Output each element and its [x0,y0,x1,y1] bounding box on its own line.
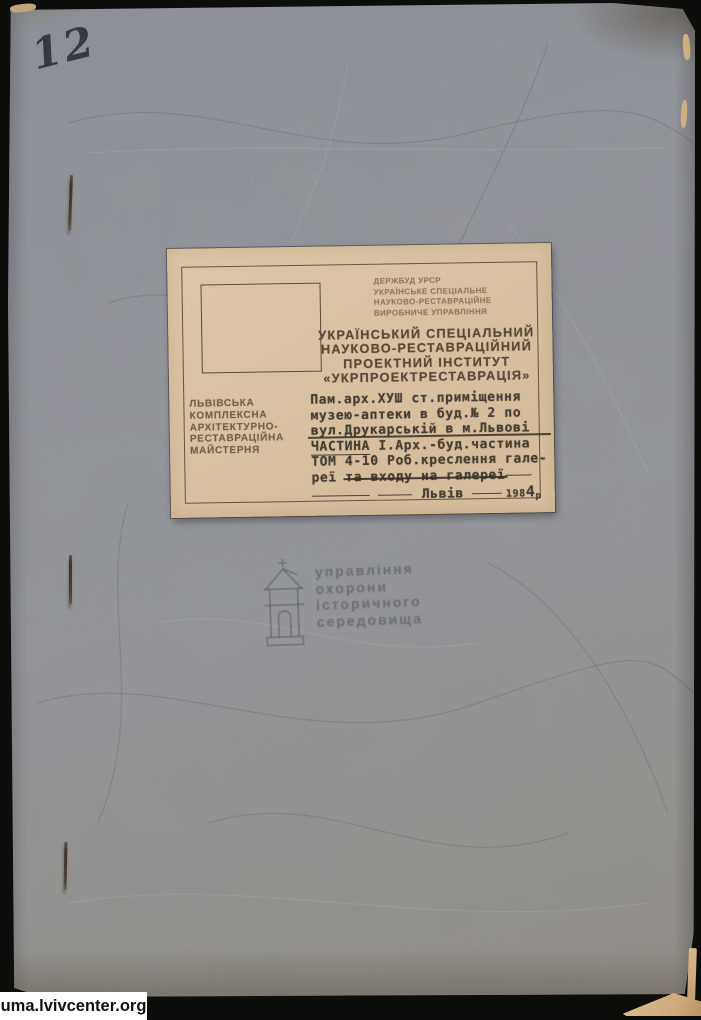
year-digit: 4 [526,482,536,500]
typed-words-struck: та входу на галереї [345,468,505,486]
label-blank-logo-box [200,283,321,374]
issuing-authority-block: ДЕРЖБУД УРСР УКРАЇНСЬКЕ СПЕЦІАЛЬНЕ НАУКО… [373,274,534,319]
typed-line-start: реї [311,470,345,486]
scanned-page: 12 ДЕРЖБУД УРСР УКРАЇНСЬКЕ СПЕЦІАЛЬНЕ НА… [0,0,701,1020]
year-prefix: 198 [506,488,526,499]
rule-line [472,491,502,493]
source-watermark-plate: uma.lvivcenter.org [0,992,147,1020]
typewritten-title-block: Пам.арх.ХУШ ст.приміщення музею-аптеки в… [310,389,550,508]
typed-line-city-year: Львів1984р [312,484,550,508]
underlying-page-edge [687,948,697,1000]
staple [69,555,72,605]
workshop-name-block: ЛЬВІВСЬКА КОМПЛЕКСНА АРХІТЕКТУРНО- РЕСТА… [189,397,320,458]
year-suffix: р [535,491,541,501]
institute-name-block: УКРАЇНСЬКИЙ СПЕЦІАЛЬНИЙ НАУКОВО-РЕСТАВРА… [308,325,545,386]
workshop-line: МАЙСТЕРНЯ [190,444,320,458]
pasted-title-label: ДЕРЖБУД УРСР УКРАЇНСЬКЕ СПЕЦІАЛЬНЕ НАУКО… [167,243,555,518]
rule-line [378,493,412,496]
rule-line [505,473,531,475]
source-watermark-text: uma.lvivcenter.org [1,997,147,1016]
rule-line [312,493,370,496]
city-label: Львів [422,486,464,502]
